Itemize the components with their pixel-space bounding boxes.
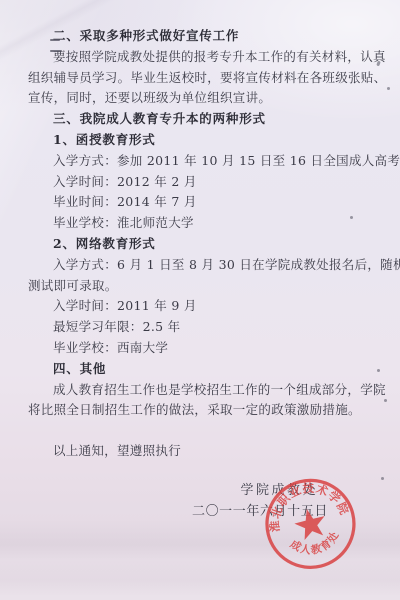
closing-line: 以上通知，望遵照执行 xyxy=(28,441,374,462)
doc-line: 毕业时间：2014 年 7 月 xyxy=(28,192,374,213)
signature-org: 学院成教处 xyxy=(28,481,318,502)
doc-line: 毕业学校：淮北师范大学 xyxy=(28,213,374,234)
doc-line: 入学方式：参加 2011 年 10 月 15 日至 16 日全国成人高考。 xyxy=(28,151,374,172)
scan-mark xyxy=(50,39,60,41)
doc-line: 最短学习年限：2.5 年 xyxy=(28,317,374,338)
doc-line: 入学方式：6 月 1 日至 8 月 30 日在学院成教处报名后，随机 xyxy=(28,255,374,276)
doc-line: 成人教育招生工作也是学校招生工作的一个组成部分，学院 xyxy=(28,380,374,401)
scan-speck xyxy=(350,216,353,219)
scan-mark xyxy=(50,50,62,52)
scan-speck xyxy=(381,477,384,480)
doc-line: 将比照全日制招生工作的做法，采取一定的政策激励措施。 xyxy=(28,400,374,421)
section-heading: 四、其他 xyxy=(28,359,374,380)
doc-line: 入学时间：2012 年 2 月 xyxy=(28,172,374,193)
seal-arc-bottom-text: 成人教育处 xyxy=(286,526,346,562)
doc-line: 组织辅导员学习。毕业生返校时，要将宣传材料在各班级张贴、 xyxy=(28,68,374,89)
doc-line: 宣传，同时，还要以班级为单位组织宣讲。 xyxy=(28,88,374,109)
section-heading: 三、我院成人教育专升本的两种形式 xyxy=(28,109,374,130)
doc-line: 毕业学校：西南大学 xyxy=(28,338,374,359)
signature-block: 学院成教处 二〇一一年六月十五日 xyxy=(28,481,374,523)
scan-speck xyxy=(387,87,390,90)
doc-line: 测试即可录取。 xyxy=(28,276,374,297)
subsection-heading: 1、函授教育形式 xyxy=(28,130,374,151)
doc-line: 入学时间：2011 年 9 月 xyxy=(28,296,374,317)
signature-date: 二〇一一年六月十五日 xyxy=(28,502,328,523)
scan-speck xyxy=(377,369,380,372)
doc-line: 要按照学院成教处提供的报考专升本工作的有关材料，认真 xyxy=(28,47,374,68)
document-page: 二、采取多种形式做好宣传工作 要按照学院成教处提供的报考专升本工作的有关材料，认… xyxy=(28,26,374,523)
svg-text:成人教育处: 成人教育处 xyxy=(286,526,346,562)
subsection-heading: 2、网络教育形式 xyxy=(28,234,374,255)
section-heading: 二、采取多种形式做好宣传工作 xyxy=(28,26,374,47)
scan-speck xyxy=(384,399,387,402)
